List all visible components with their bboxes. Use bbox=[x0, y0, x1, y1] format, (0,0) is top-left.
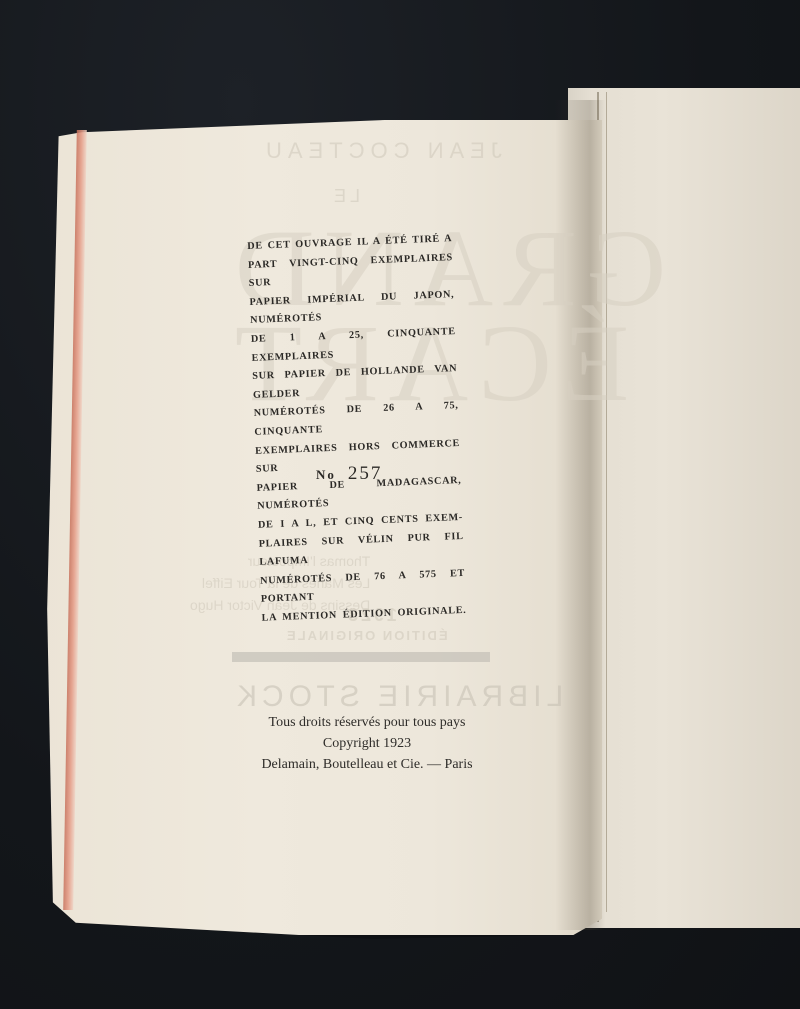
show-through-edition: ÉDITION ORIGINALE bbox=[285, 628, 448, 643]
rights-line: Tous droits réservés pour tous pays bbox=[228, 712, 506, 733]
copyright-line: Copyright 1923 bbox=[228, 733, 506, 754]
publisher-line: Delamain, Boutelleau et Cie. — Paris bbox=[228, 754, 506, 775]
justification-du-tirage: DE CET OUVRAGE IL A ÉTÉ TIRÉ A PART VING… bbox=[247, 230, 467, 628]
rights-notice: Tous droits réservés pour tous pays Copy… bbox=[228, 712, 506, 775]
copy-number-label: No bbox=[316, 467, 336, 482]
show-through-rule bbox=[232, 652, 490, 662]
copy-number-value: 257 bbox=[348, 463, 383, 484]
copy-number: No257 bbox=[316, 463, 382, 485]
show-through-publisher: LIBRAIRIE STOCK bbox=[232, 680, 563, 714]
show-through-article: LE bbox=[330, 186, 360, 207]
show-through-author: JEAN COCTEAU bbox=[260, 138, 502, 164]
